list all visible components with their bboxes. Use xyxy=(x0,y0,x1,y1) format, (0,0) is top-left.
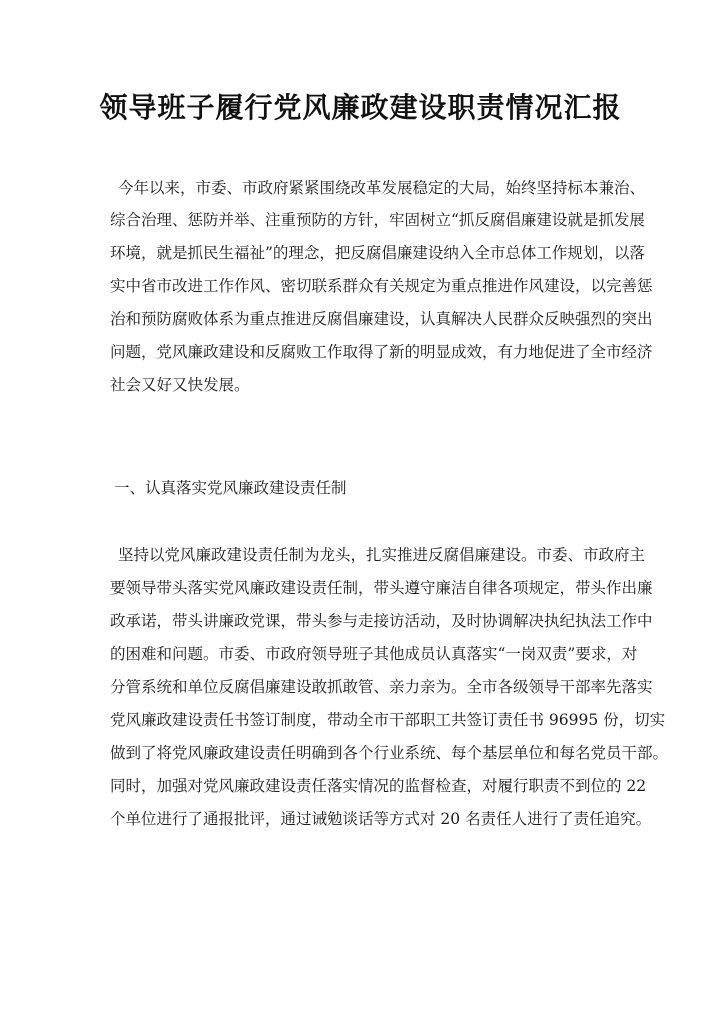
paragraph-line: 问题，党风廉政建设和反腐败工作取得了新的明显成效，有力地促进了全市经济 xyxy=(110,342,613,362)
paragraph-line: 同时，加强对党风廉政建设责任落实情况的监督检查，对履行职责不到位的 22 xyxy=(110,776,613,796)
paragraph-line: 个单位进行了通报批评，通过诫勉谈话等方式对 20 名责任人进行了责任追究。 xyxy=(110,809,651,829)
paragraph-line: 环境，就是抓民生福祉”的理念，把反腐倡廉建设纳入全市总体工作规划，以落 xyxy=(110,243,613,263)
document-page: 领导班子履行党风廉政建设职责情况汇报 今年以来，市委、市政府紧紧围绕改革发展稳定… xyxy=(0,0,721,1020)
section-heading: 一、认真落实党风廉政建设责任制 xyxy=(114,478,347,498)
paragraph-line: 分管系统和单位反腐倡廉建设敢抓敢管、亲力亲为。全市各级领导干部率先落实 xyxy=(110,677,613,697)
paragraph-line: 政承诺，带头讲廉政党课，带头参与走接访活动，及时协调解决执纪执法工作中 xyxy=(110,611,613,631)
paragraph-line: 坚持以党风廉政建设责任制为龙头，扎实推进反腐倡廉建设。市委、市政府主 xyxy=(118,545,613,565)
paragraph-line: 的困难和问题。市委、市政府领导班子其他成员认真落实“一岗双责”要求，对 xyxy=(110,644,613,664)
paragraph-line: 社会又好又快发展。 xyxy=(110,375,250,395)
paragraph-line: 做到了将党风廉政建设责任明确到各个行业系统、每个基层单位和每名党员干部。 xyxy=(110,743,620,763)
paragraph-line: 党风廉政建设责任书签订制度，带动全市干部职工共签订责任书 96995 份，切实 xyxy=(110,710,613,730)
paragraph-line: 要领导带头落实党风廉政建设责任制，带头遵守廉洁自律各项规定，带头作出廉 xyxy=(110,578,613,598)
paragraph-line: 今年以来，市委、市政府紧紧围绕改革发展稳定的大局，始终坚持标本兼治、 xyxy=(118,178,613,198)
paragraph-line: 实中省市改进工作作风、密切联系群众有关规定为重点推进作风建设，以完善惩 xyxy=(110,276,613,296)
paragraph-line: 治和预防腐败体系为重点推进反腐倡廉建设，认真解决人民群众反映强烈的突出 xyxy=(110,309,613,329)
document-title: 领导班子履行党风廉政建设职责情况汇报 xyxy=(0,86,721,126)
paragraph-line: 综合治理、惩防并举、注重预防的方针，牢固树立“抓反腐倡廉建设就是抓发展 xyxy=(110,210,613,230)
